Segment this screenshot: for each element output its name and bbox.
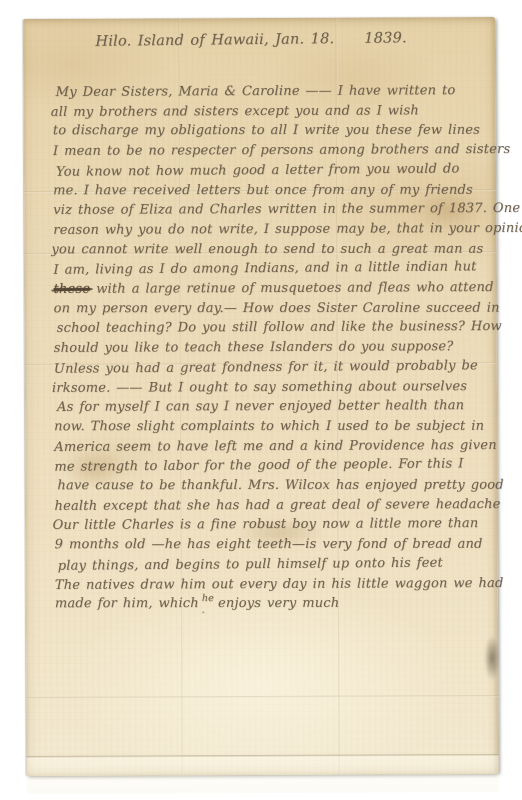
- struck-out-word: these: [53, 282, 90, 297]
- letter-line: have cause to be thankful. Mrs. Wilcox h…: [57, 476, 494, 496]
- dateline: Hilo. Island of Hawaii, Jan. 18.1839.: [95, 30, 407, 50]
- letter-line-with-strikethrough: thesewith a large retinue of musquetoes …: [53, 278, 493, 300]
- caret-insertion: he: [202, 589, 214, 609]
- letter-line: Unless you had a great fondness for it, …: [54, 356, 494, 379]
- letter-line: me strength to labor for the good of the…: [54, 454, 494, 477]
- letter-line: reason why you do not write, I suppose m…: [53, 219, 493, 241]
- letter-line: irksome. —— But I ought to say something…: [52, 377, 494, 399]
- letter-line: on my person every day.— How does Sister…: [54, 298, 494, 318]
- bottom-fold-strip: [27, 756, 499, 794]
- letter-line: should you like to teach these Islanders…: [54, 337, 494, 359]
- letter-line: 9 months old —he has eight teeth—is very…: [55, 535, 495, 555]
- letter-line: I mean to be no respecter of persons amo…: [53, 140, 493, 162]
- letter-line: me. I have received letters but once fro…: [53, 180, 493, 200]
- closing-text: enjoys very much: [218, 596, 339, 611]
- horizontal-crease: [26, 695, 498, 699]
- closing-text: made for him, which: [55, 596, 199, 611]
- letter-line: As for myself I can say I never enjoyed …: [57, 396, 494, 418]
- letter-line: to discharge my obligations to all I wri…: [53, 121, 493, 141]
- dateline-year: 1839.: [364, 30, 407, 46]
- letter-line-closing: made for him, whichheenjoys very much: [55, 594, 495, 615]
- letter-line: I am, living as I do among Indians, and …: [53, 257, 493, 280]
- letter-line: health except that she has had a great d…: [54, 495, 494, 517]
- scan-background: Hilo. Island of Hawaii, Jan. 18.1839. My…: [0, 0, 522, 800]
- letter-line: you cannot write well enough to send to …: [51, 239, 493, 259]
- letter-line: school teaching? Do you still follow and…: [57, 317, 494, 339]
- edge-smudge-stain: [484, 635, 500, 681]
- letter-line: all my brothers and sisters except you a…: [51, 101, 493, 123]
- letter-line: Our little Charles is a fine robust boy …: [53, 514, 495, 536]
- bottom-fold-crease: [27, 754, 499, 758]
- dateline-place: Hilo. Island of Hawaii, Jan. 18.: [95, 31, 334, 50]
- letter-line-salutation: My Dear Sisters, Maria & Caroline —— I h…: [56, 81, 493, 103]
- letter-line: viz those of Eliza and Charles written i…: [53, 199, 493, 221]
- letter-line: now. Those slight complaints to which I …: [54, 417, 494, 437]
- letter-line-text: with a large retinue of musquetoes and f…: [96, 280, 494, 297]
- letter-body: My Dear Sisters, Maria & Caroline —— I h…: [53, 81, 495, 616]
- letter-line: play things, and begins to pull himself …: [58, 553, 495, 576]
- letter-line: The natives draw him out every day in hi…: [55, 574, 495, 596]
- letter-page: Hilo. Island of Hawaii, Jan. 18.1839. My…: [23, 17, 498, 776]
- letter-line: You know not how much good a letter from…: [56, 159, 493, 182]
